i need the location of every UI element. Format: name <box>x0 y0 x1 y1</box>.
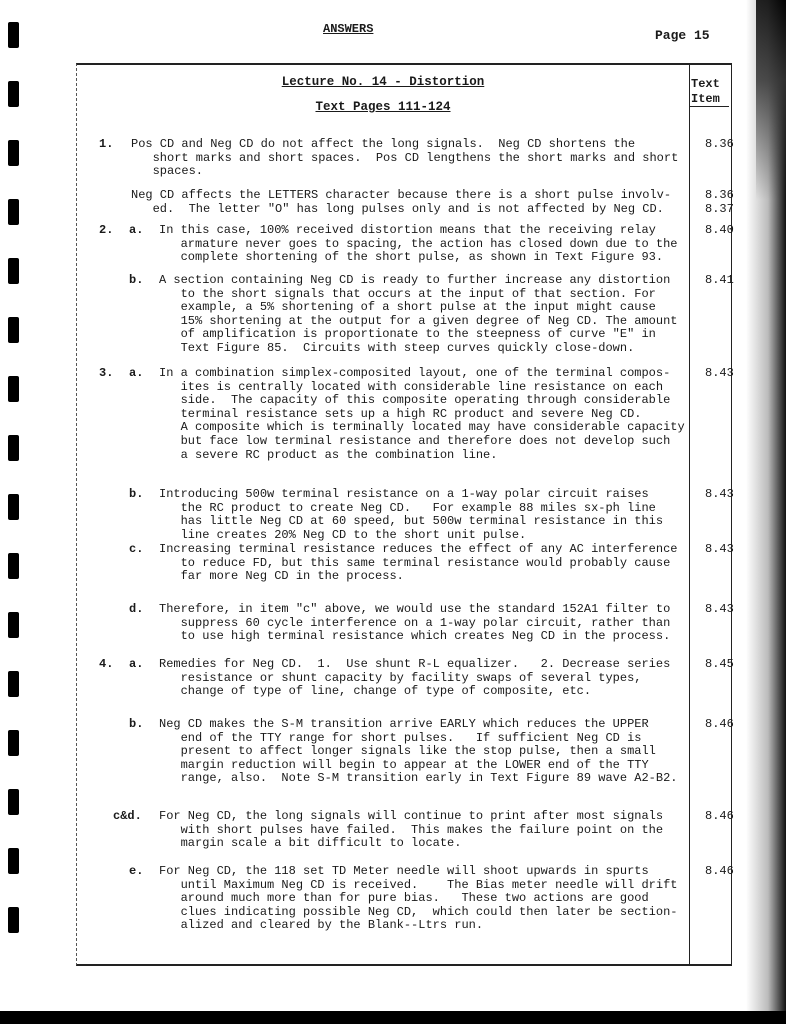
text-item-reference: 8.40 <box>705 224 734 238</box>
text-pages: Text Pages 111-124 <box>77 100 689 114</box>
answer-text: For Neg CD, the 118 set TD Meter needle … <box>159 865 699 933</box>
sub-item-label: c&d. <box>113 810 142 824</box>
sub-item-label: b. <box>129 718 143 732</box>
question-number: 3. <box>99 367 113 381</box>
text-item-reference: 8.43 <box>705 543 734 557</box>
binder-hole <box>8 435 19 461</box>
text-item-reference: 8.41 <box>705 274 734 288</box>
page-number: Page 15 <box>655 28 710 43</box>
sub-item-label: d. <box>129 603 143 617</box>
answer-text: Introducing 500w terminal resistance on … <box>159 488 699 542</box>
question-number: 4. <box>99 658 113 672</box>
page-header: ANSWERS Page 15 <box>0 22 786 46</box>
binder-hole <box>8 553 19 579</box>
answer-text: Remedies for Neg CD. 1. Use shunt R-L eq… <box>159 658 699 699</box>
text-item-reference: 8.37 <box>705 203 734 217</box>
text-item-reference: 8.36 <box>705 189 734 203</box>
binder-hole <box>8 140 19 166</box>
answer-text: Neg CD affects the LETTERS character bec… <box>131 189 671 216</box>
text-item-reference: 8.46 <box>705 865 734 879</box>
answer-text: Therefore, in item "c" above, we would u… <box>159 603 699 644</box>
column-header-rule <box>689 106 729 107</box>
sub-item-label: a. <box>129 367 143 381</box>
binder-hole <box>8 671 19 697</box>
answer-box: Text Item Lecture No. 14 - Distortion Te… <box>76 63 732 966</box>
binder-hole <box>8 199 19 225</box>
text-item-reference: 8.46 <box>705 810 734 824</box>
binder-hole <box>8 376 19 402</box>
binder-hole <box>8 81 19 107</box>
binder-hole <box>8 907 19 933</box>
answer-text: Pos CD and Neg CD do not affect the long… <box>131 138 671 179</box>
question-number: 1. <box>99 138 113 152</box>
answer-text: For Neg CD, the long signals will contin… <box>159 810 699 851</box>
binder-hole <box>8 258 19 284</box>
binder-holes <box>8 22 20 966</box>
binder-hole <box>8 789 19 815</box>
sub-item-label: a. <box>129 224 143 238</box>
question-number: 2. <box>99 224 113 238</box>
binder-hole <box>8 730 19 756</box>
column-header-line2: Item <box>691 92 731 107</box>
text-item-reference: 8.46 <box>705 718 734 732</box>
lecture-title: Lecture No. 14 - Distortion <box>77 75 689 89</box>
answer-text: A section containing Neg CD is ready to … <box>159 274 699 356</box>
sub-item-label: a. <box>129 658 143 672</box>
text-item-column-header: Text Item <box>691 77 731 107</box>
answer-text: In a combination simplex-composited layo… <box>159 367 699 462</box>
text-item-reference: 8.36 <box>705 138 734 152</box>
answer-text: In this case, 100% received distortion m… <box>159 224 699 265</box>
column-header-line1: Text <box>691 77 731 92</box>
binder-hole <box>8 848 19 874</box>
text-item-reference: 8.43 <box>705 603 734 617</box>
sub-item-label: c. <box>129 543 143 557</box>
answer-text: Increasing terminal resistance reduces t… <box>159 543 699 584</box>
text-item-reference: 8.43 <box>705 488 734 502</box>
text-item-reference: 8.43 <box>705 367 734 381</box>
scan-bottom-border <box>0 1011 786 1024</box>
binder-hole <box>8 494 19 520</box>
sub-item-label: e. <box>129 865 143 879</box>
binder-hole <box>8 317 19 343</box>
section-title: ANSWERS <box>323 22 373 36</box>
sub-item-label: b. <box>129 488 143 502</box>
answer-text: Neg CD makes the S-M transition arrive E… <box>159 718 699 786</box>
binder-hole <box>8 612 19 638</box>
text-item-reference: 8.45 <box>705 658 734 672</box>
sub-item-label: b. <box>129 274 143 288</box>
